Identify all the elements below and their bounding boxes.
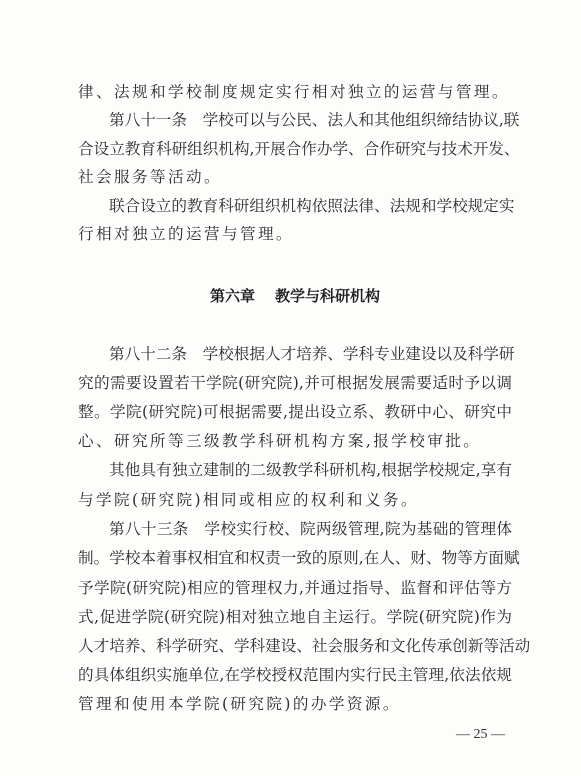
- chapter-heading: 第六章教学与科研机构: [210, 285, 384, 307]
- text-line: 整。学院(研究院)可根据需要,提出设立系、教研中心、研究中: [78, 401, 512, 423]
- text-line: 律、法规和学校制度规定实行相对独立的运营与管理。: [78, 81, 512, 103]
- text-line: 管理和使用本学院(研究院)的办学资源。: [78, 693, 512, 715]
- text-line: 联合设立的教育科研组织机构依照法律、法规和学校规定实: [109, 195, 512, 217]
- text-line: 的具体组织实施单位,在学校授权范围内实行民主管理,依法依规: [78, 664, 512, 686]
- article-81-line: 第八十一条 学校可以与公民、法人和其他组织缔结协议,联: [109, 109, 512, 131]
- text-line: 与学院(研究院)相同或相应的权利和义务。: [78, 489, 512, 511]
- text-line: 制。学校本着事权相宜和权责一致的原则,在人、财、物等方面赋: [78, 547, 512, 569]
- text-line: 心、研究所等三级教学科研机构方案,报学校审批。: [78, 430, 512, 452]
- text-line: 人才培养、科学研究、学科建设、社会服务和文化传承创新等活动: [78, 635, 512, 657]
- text-line: 其他具有独立建制的二级教学科研机构,根据学校规定,享有: [109, 459, 512, 481]
- text-line: 究的需要设置若干学院(研究院),并可根据发展需要适时予以调: [78, 372, 512, 394]
- page-number: — 25 —: [456, 726, 516, 744]
- text-line: 式,促进学院(研究院)相对独立地自主运行。学院(研究院)作为: [78, 606, 512, 628]
- chapter-title: 教学与科研机构: [275, 287, 380, 305]
- text-line: 予学院(研究院)相应的管理权力,并通过指导、监督和评估等方: [78, 577, 512, 599]
- article-83-line: 第八十三条 学校实行校、院两级管理,院为基础的管理体: [109, 518, 512, 540]
- text-line: 行相对独立的运营与管理。: [78, 223, 512, 245]
- text-line: 社会服务等活动。: [78, 166, 512, 188]
- chapter-number: 第六章: [210, 285, 255, 307]
- text-line: 合设立教育科研组织机构,开展合作办学、合作研究与技术开发、: [78, 138, 512, 160]
- document-page: 律、法规和学校制度规定实行相对独立的运营与管理。 第八十一条 学校可以与公民、法…: [0, 0, 581, 776]
- article-82-line: 第八十二条 学校根据人才培养、学科专业建设以及科学研: [109, 343, 512, 365]
